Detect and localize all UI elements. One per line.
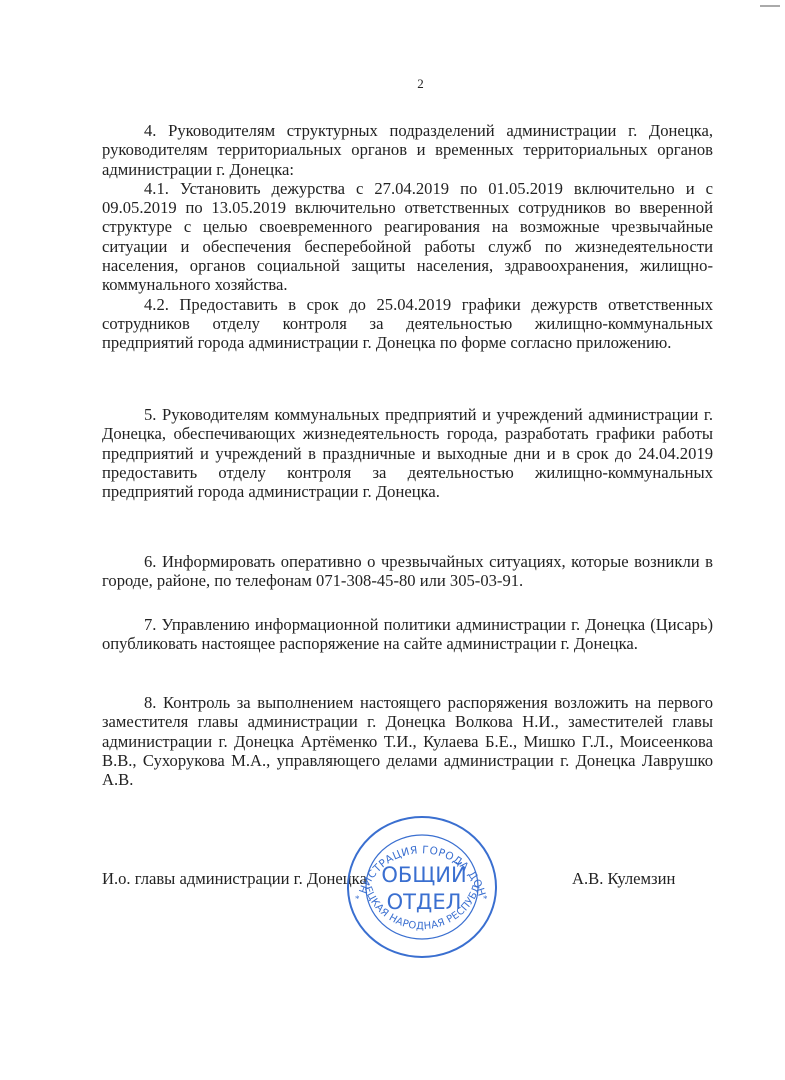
section-8: 8. Контроль за выполнением настоящего ра…: [102, 693, 713, 789]
paragraph-4-1: 4.1. Установить дежурства с 27.04.2019 п…: [102, 179, 713, 295]
paragraph-4-2: 4.2. Предоставить в срок до 25.04.2019 г…: [102, 295, 713, 353]
section-5: 5. Руководителям коммунальных предприяти…: [102, 405, 713, 501]
page-number: 2: [28, 76, 785, 92]
stamp-star-icon: *: [483, 894, 488, 904]
section-7: 7. Управлению информационной политики ад…: [102, 615, 713, 654]
section-4: 4. Руководителям структурных подразделен…: [102, 121, 713, 353]
signature-title: И.о. главы администрации г. Донецка: [102, 869, 367, 889]
stamp-center-2: ОТДЕЛ: [387, 890, 462, 914]
stamp-star-icon: *: [355, 894, 360, 904]
paragraph-4: 4. Руководителям структурных подразделен…: [102, 121, 713, 179]
paragraph-6: 6. Информировать оперативно о чрезвычайн…: [102, 552, 713, 591]
paragraph-8: 8. Контроль за выполнением настоящего ра…: [102, 693, 713, 789]
scan-mark: [760, 5, 780, 7]
official-stamp: АДМИНИСТРАЦИЯ ГОРОДА ДОНЕЦКА ДОНЕЦКАЯ НА…: [344, 814, 500, 960]
section-6: 6. Информировать оперативно о чрезвычайн…: [102, 552, 713, 591]
paragraph-7: 7. Управлению информационной политики ад…: [102, 615, 713, 654]
paragraph-5: 5. Руководителям коммунальных предприяти…: [102, 405, 713, 501]
signature-name: А.В. Кулемзин: [572, 869, 675, 889]
stamp-center-1: ОБЩИЙ: [381, 862, 466, 887]
